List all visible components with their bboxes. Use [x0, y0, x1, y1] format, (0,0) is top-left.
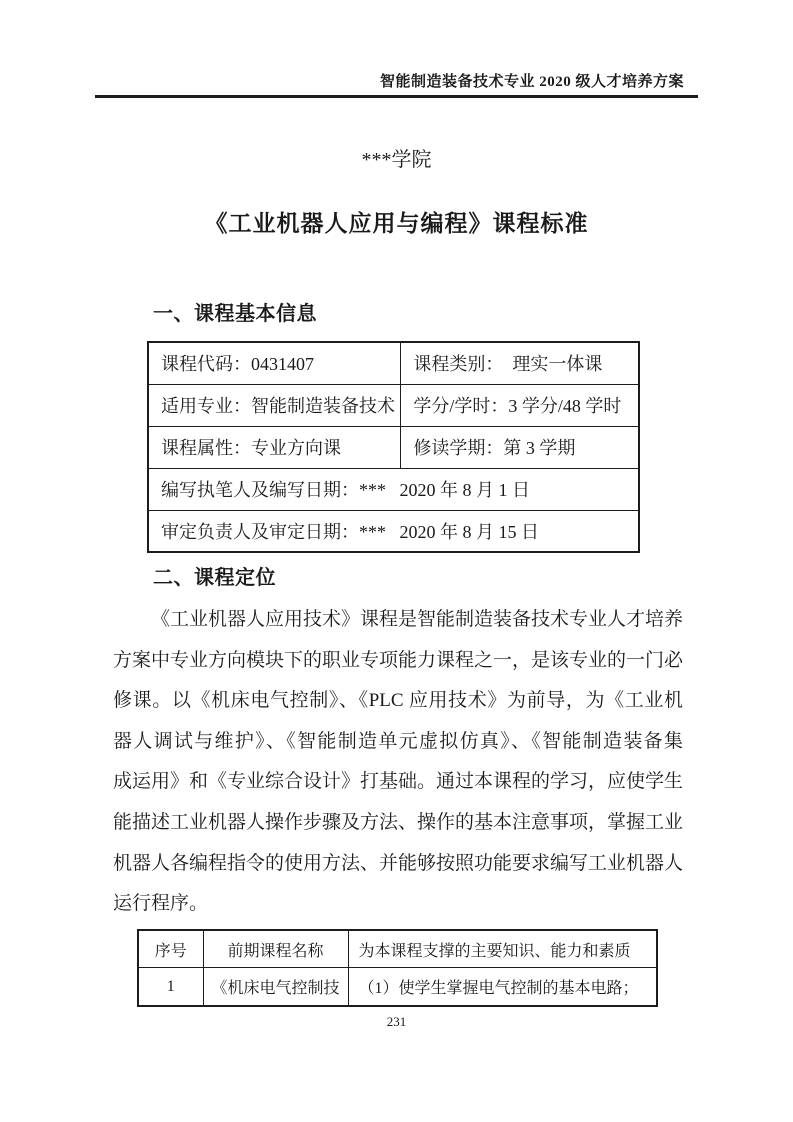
document-title: 《工业机器人应用与编程》课程标准	[95, 207, 698, 239]
course-category-cell: 课程类别： 理实一体课	[401, 342, 639, 384]
row-no-cell: 1	[138, 968, 203, 1006]
page-header: 智能制造装备技术专业 2020 级人才培养方案	[95, 0, 698, 98]
table-row: 编写执笔人及编写日期：*** 2020 年 8 月 1 日	[148, 468, 639, 510]
credits-hours-cell: 学分/学时：3 学分/48 学时	[401, 384, 639, 426]
course-attribute-cell: 课程属性：专业方向课	[148, 426, 401, 468]
paragraph-line: 能描述工业机器人操作步骤及方法、操作的基本注意事项，掌握工业	[113, 803, 683, 844]
course-code-cell: 课程代码：0431407	[148, 342, 401, 384]
section-heading-basic-info: 一、课程基本信息	[95, 301, 698, 327]
row-support-cell: （1）使学生掌握电气控制的基本电路；	[348, 968, 657, 1006]
positioning-paragraph: 《工业机器人应用技术》课程是智能制造装备技术专业人才培养 方案中专业方向模块下的…	[113, 600, 683, 925]
column-header-support: 为本课程支撑的主要知识、能力和素质	[348, 930, 657, 968]
paragraph-line: 成运用》和《专业综合设计》打基础。通过本课程的学习，应使学生	[113, 762, 683, 803]
column-header-course: 前期课程名称	[203, 930, 348, 968]
paragraph-line: 方案中专业方向模块下的职业专项能力课程之一，是该专业的一门必	[113, 641, 683, 682]
author-date-cell: 编写执笔人及编写日期：*** 2020 年 8 月 1 日	[148, 468, 639, 510]
page-number: 231	[95, 1014, 698, 1030]
column-header-no: 序号	[138, 930, 203, 968]
school-title: ***学院	[95, 146, 698, 174]
table-row: 1 《机床电气控制技 （1）使学生掌握电气控制的基本电路；	[138, 968, 657, 1006]
section-heading-positioning: 二、课程定位	[95, 565, 698, 591]
semester-cell: 修读学期：第 3 学期	[401, 426, 639, 468]
paragraph-line: 修课。以《机床电气控制》、《PLC 应用技术》为前导，为《工业机	[113, 681, 683, 722]
paragraph-line: 运行程序。	[113, 884, 683, 925]
table-row: 适用专业：智能制造装备技术 学分/学时：3 学分/48 学时	[148, 384, 639, 426]
document-page: 智能制造装备技术专业 2020 级人才培养方案 ***学院 《工业机器人应用与编…	[0, 0, 793, 1122]
table-row: 课程代码：0431407 课程类别： 理实一体课	[148, 342, 639, 384]
reviewer-date-cell: 审定负责人及审定日期：*** 2020 年 8 月 15 日	[148, 510, 639, 552]
paragraph-line: 器人调试与维护》、《智能制造单元虚拟仿真》、《智能制造装备集	[113, 722, 683, 763]
applicable-major-cell: 适用专业：智能制造装备技术	[148, 384, 401, 426]
header-double-rule	[95, 95, 698, 98]
row-course-cell: 《机床电气控制技	[203, 968, 348, 1006]
table-header-row: 序号 前期课程名称 为本课程支撑的主要知识、能力和素质	[138, 930, 657, 968]
course-info-table: 课程代码：0431407 课程类别： 理实一体课 适用专业：智能制造装备技术 学…	[147, 341, 640, 553]
paragraph-line: 《工业机器人应用技术》课程是智能制造装备技术专业人才培养	[113, 600, 683, 641]
prerequisite-course-table: 序号 前期课程名称 为本课程支撑的主要知识、能力和素质 1 《机床电气控制技 （…	[137, 929, 658, 1007]
paragraph-line: 机器人各编程指令的使用方法、并能够按照功能要求编写工业机器人	[113, 844, 683, 885]
table-row: 审定负责人及审定日期：*** 2020 年 8 月 15 日	[148, 510, 639, 552]
table-row: 课程属性：专业方向课 修读学期：第 3 学期	[148, 426, 639, 468]
running-header-text: 智能制造装备技术专业 2020 级人才培养方案	[95, 72, 698, 92]
